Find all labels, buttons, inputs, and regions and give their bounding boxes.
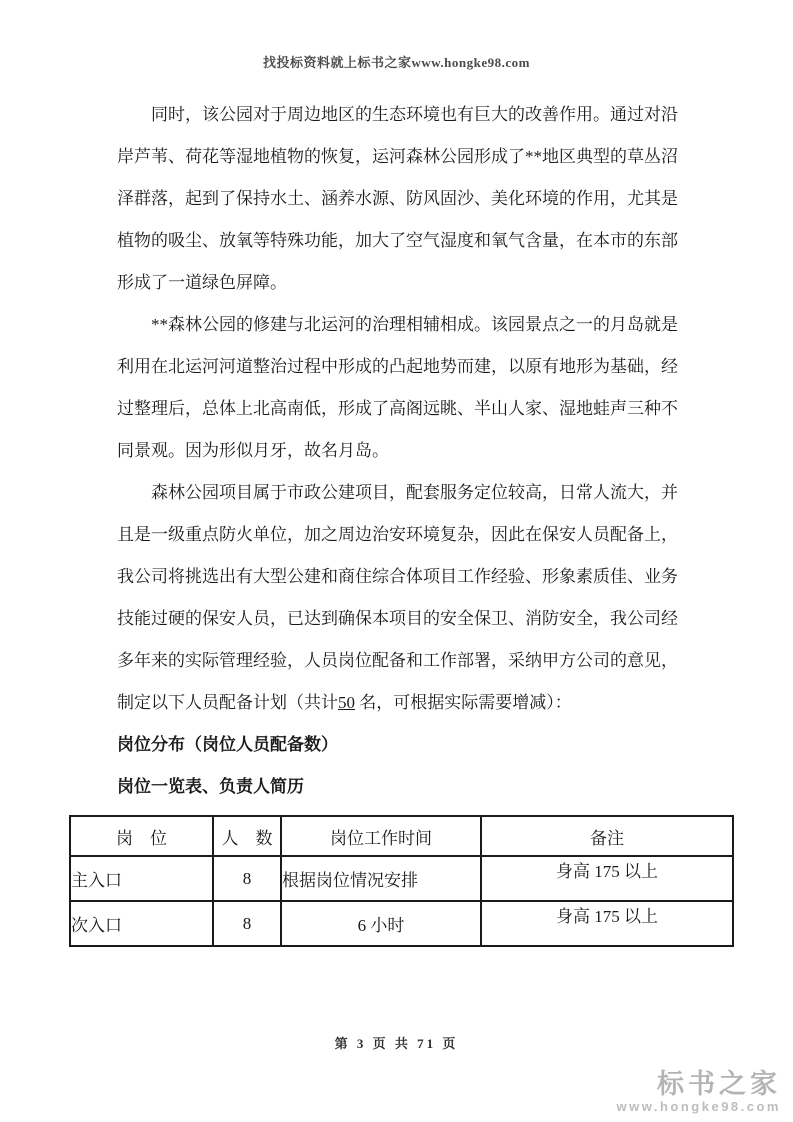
- watermark-brand-logo: 标书之家: [617, 1070, 782, 1098]
- staffing-table: 岗 位 人 数 岗位工作时间 备注 主入口 8 根据岗位情况安排 身高 175 …: [69, 815, 734, 947]
- table-cell-work-time: 6 小时: [281, 901, 481, 946]
- table-cell-remark: 身高 175 以上: [481, 901, 733, 946]
- table-header-row: 岗 位 人 数 岗位工作时间 备注: [70, 816, 733, 856]
- table-header-remark: 备注: [481, 816, 733, 856]
- heading-post-distribution: 岗位分布（岗位人员配备数）: [117, 724, 678, 766]
- table-cell-count: 8: [213, 901, 281, 946]
- paragraph-moon-island: **森林公园的修建与北运河的治理相辅相成。该园景点之一的月岛就是利用在北运河河道…: [117, 304, 678, 472]
- table-header-post: 岗 位: [70, 816, 213, 856]
- document-body: 同时，该公园对于周边地区的生态环境也有巨大的改善作用。通过对沿岸芦苇、荷花等湿地…: [117, 94, 678, 947]
- document-page: 找投标资料就上标书之家www.hongke98.com 同时，该公园对于周边地区…: [0, 0, 793, 1122]
- heading-post-list: 岗位一览表、负责人简历: [117, 766, 678, 808]
- table-header-work-time: 岗位工作时间: [281, 816, 481, 856]
- staff-total-underlined-number: 50: [338, 693, 355, 712]
- table-cell-post: 次入口: [70, 901, 213, 946]
- paragraph-staffing-plan-text: 森林公园项目属于市政公建项目，配套服务定位较高，日常人流大，并且是一级重点防火单…: [117, 483, 678, 712]
- paragraph-ecology-benefits: 同时，该公园对于周边地区的生态环境也有巨大的改善作用。通过对沿岸芦苇、荷花等湿地…: [117, 94, 678, 304]
- table-cell-count: 8: [213, 856, 281, 901]
- header-watermark-text: 找投标资料就上标书之家www.hongke98.com: [0, 52, 793, 71]
- table-row: 主入口 8 根据岗位情况安排 身高 175 以上: [70, 856, 733, 901]
- table-cell-post: 主入口: [70, 856, 213, 901]
- table-cell-remark: 身高 175 以上: [481, 856, 733, 901]
- corner-watermark: 标书之家 www.hongke98.com: [617, 1070, 782, 1114]
- table-cell-work-time: 根据岗位情况安排: [281, 856, 481, 901]
- paragraph-staffing-plan: 森林公园项目属于市政公建项目，配套服务定位较高，日常人流大，并且是一级重点防火单…: [117, 472, 678, 724]
- paragraph-staffing-plan-tail: 名，可根据实际需要增减）：: [355, 693, 572, 712]
- page-number: 第 3 页 共 71 页: [0, 1033, 793, 1052]
- watermark-url: www.hongke98.com: [617, 1099, 782, 1114]
- table-header-count: 人 数: [213, 816, 281, 856]
- table-row: 次入口 8 6 小时 身高 175 以上: [70, 901, 733, 946]
